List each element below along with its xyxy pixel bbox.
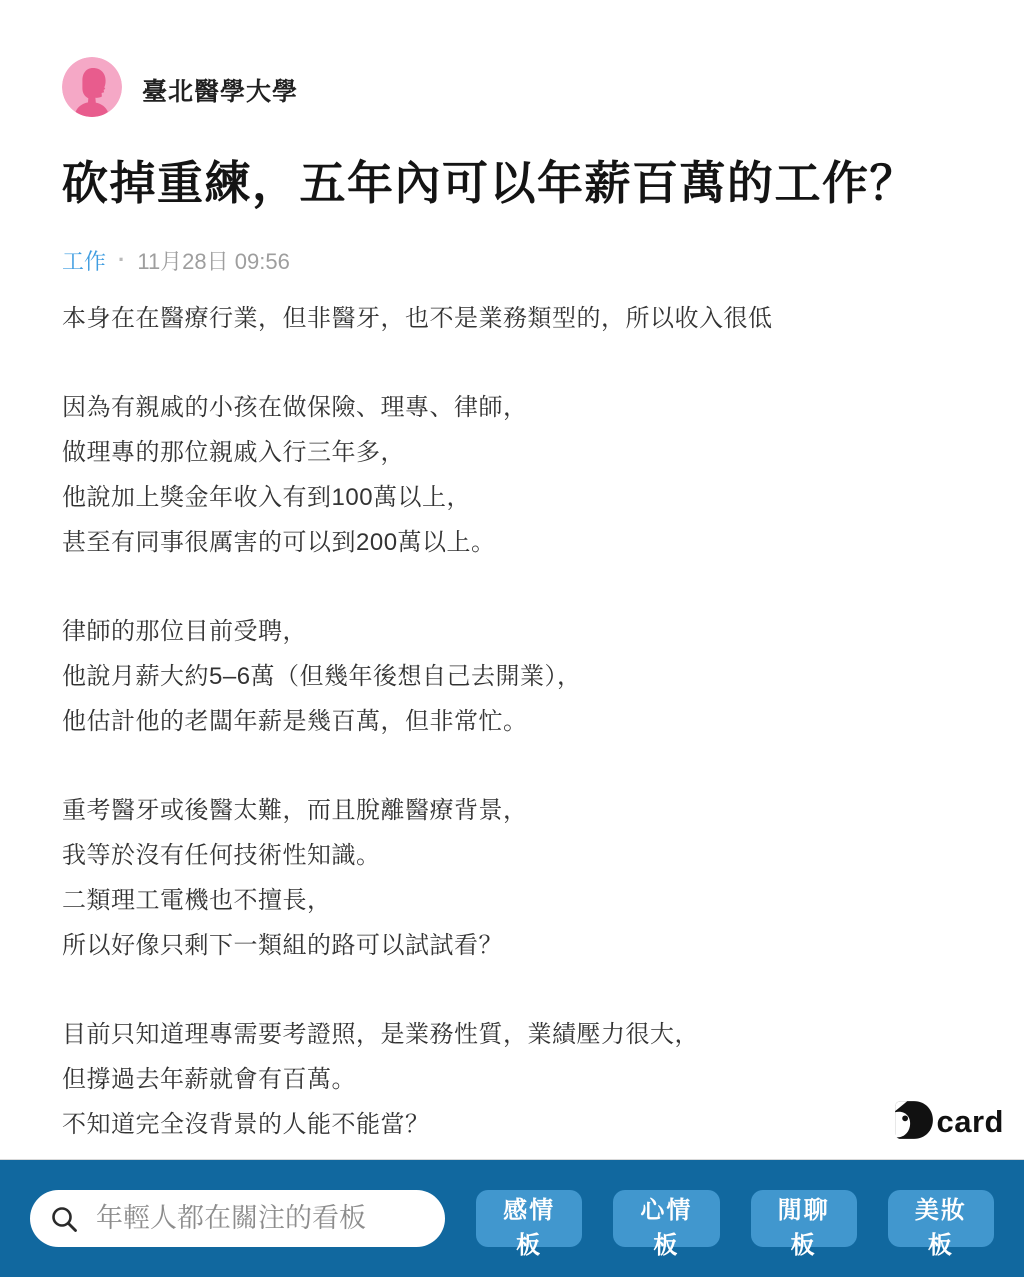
post-title: 砍掉重練，五年內可以年薪百萬的工作？ bbox=[62, 152, 964, 214]
body-line: 他估計他的老闆年薪是幾百萬，但非常忙。 bbox=[62, 699, 964, 744]
female-avatar-icon bbox=[62, 57, 122, 117]
dcard-wordmark: card bbox=[937, 1100, 1004, 1140]
board-button-makeup[interactable]: 美妝板 bbox=[888, 1190, 994, 1247]
author-row: 臺北醫學大學 bbox=[62, 57, 964, 122]
post-body: 本身在在醫療行業，但非醫牙，也不是業務類型的，所以收入很低 因為有親戚的小孩在做… bbox=[62, 296, 964, 1147]
paragraph: 目前只知道理專需要考證照，是業務性質，業績壓力很大， 但撐過去年薪就會有百萬。 … bbox=[62, 1012, 964, 1147]
body-line: 目前只知道理專需要考證照，是業務性質，業績壓力很大， bbox=[62, 1012, 964, 1057]
avatar bbox=[62, 57, 122, 122]
board-search[interactable] bbox=[30, 1190, 445, 1247]
body-line: 二類理工電機也不擅長， bbox=[62, 878, 964, 923]
paragraph: 重考醫牙或後醫太難，而且脫離醫療背景， 我等於沒有任何技術性知識。 二類理工電機… bbox=[62, 788, 964, 968]
body-line: 所以好像只剩下一類組的路可以試試看？ bbox=[62, 923, 964, 968]
board-button-relationship[interactable]: 感情板 bbox=[476, 1190, 582, 1247]
body-line: 因為有親戚的小孩在做保險、理專、律師， bbox=[62, 385, 964, 430]
search-input[interactable] bbox=[30, 1190, 445, 1247]
post-meta: 工作 · 11月28日 09:56 bbox=[62, 245, 964, 276]
dcard-logo: card bbox=[894, 1100, 1004, 1140]
body-line: 不知道完全沒背景的人能不能當？ bbox=[62, 1102, 964, 1147]
paragraph: 本身在在醫療行業，但非醫牙，也不是業務類型的，所以收入很低 bbox=[62, 296, 964, 341]
body-line: 律師的那位目前受聘， bbox=[62, 609, 964, 654]
body-line: 甚至有同事很厲害的可以到200萬以上。 bbox=[62, 520, 964, 565]
board-button-mood[interactable]: 心情板 bbox=[613, 1190, 719, 1247]
board-button-chat[interactable]: 閒聊板 bbox=[751, 1190, 857, 1247]
body-line: 我等於沒有任何技術性知識。 bbox=[62, 833, 964, 878]
body-line: 但撐過去年薪就會有百萬。 bbox=[62, 1057, 964, 1102]
paragraph: 律師的那位目前受聘， 他說月薪大約5–6萬（但幾年後想自己去開業）， 他估計他的… bbox=[62, 609, 964, 744]
meta-separator: · bbox=[118, 247, 125, 273]
author-name: 臺北醫學大學 bbox=[142, 72, 298, 108]
forum-link[interactable]: 工作 bbox=[62, 245, 106, 276]
body-line: 他說月薪大約5–6萬（但幾年後想自己去開業）， bbox=[62, 654, 964, 699]
post-card: 臺北醫學大學 砍掉重練，五年內可以年薪百萬的工作？ 工作 · 11月28日 09… bbox=[0, 0, 1024, 1147]
body-line: 做理專的那位親戚入行三年多， bbox=[62, 430, 964, 475]
body-line: 重考醫牙或後醫太難，而且脫離醫療背景， bbox=[62, 788, 964, 833]
footer-board-bar: 感情板 心情板 閒聊板 美妝板 bbox=[0, 1159, 1024, 1277]
paragraph: 因為有親戚的小孩在做保險、理專、律師， 做理專的那位親戚入行三年多， 他說加上獎… bbox=[62, 385, 964, 565]
dcard-d-icon bbox=[894, 1100, 934, 1140]
body-line: 他說加上獎金年收入有到100萬以上， bbox=[62, 475, 964, 520]
post-timestamp: 11月28日 09:56 bbox=[137, 245, 289, 276]
body-line: 本身在在醫療行業，但非醫牙，也不是業務類型的，所以收入很低 bbox=[62, 296, 964, 341]
